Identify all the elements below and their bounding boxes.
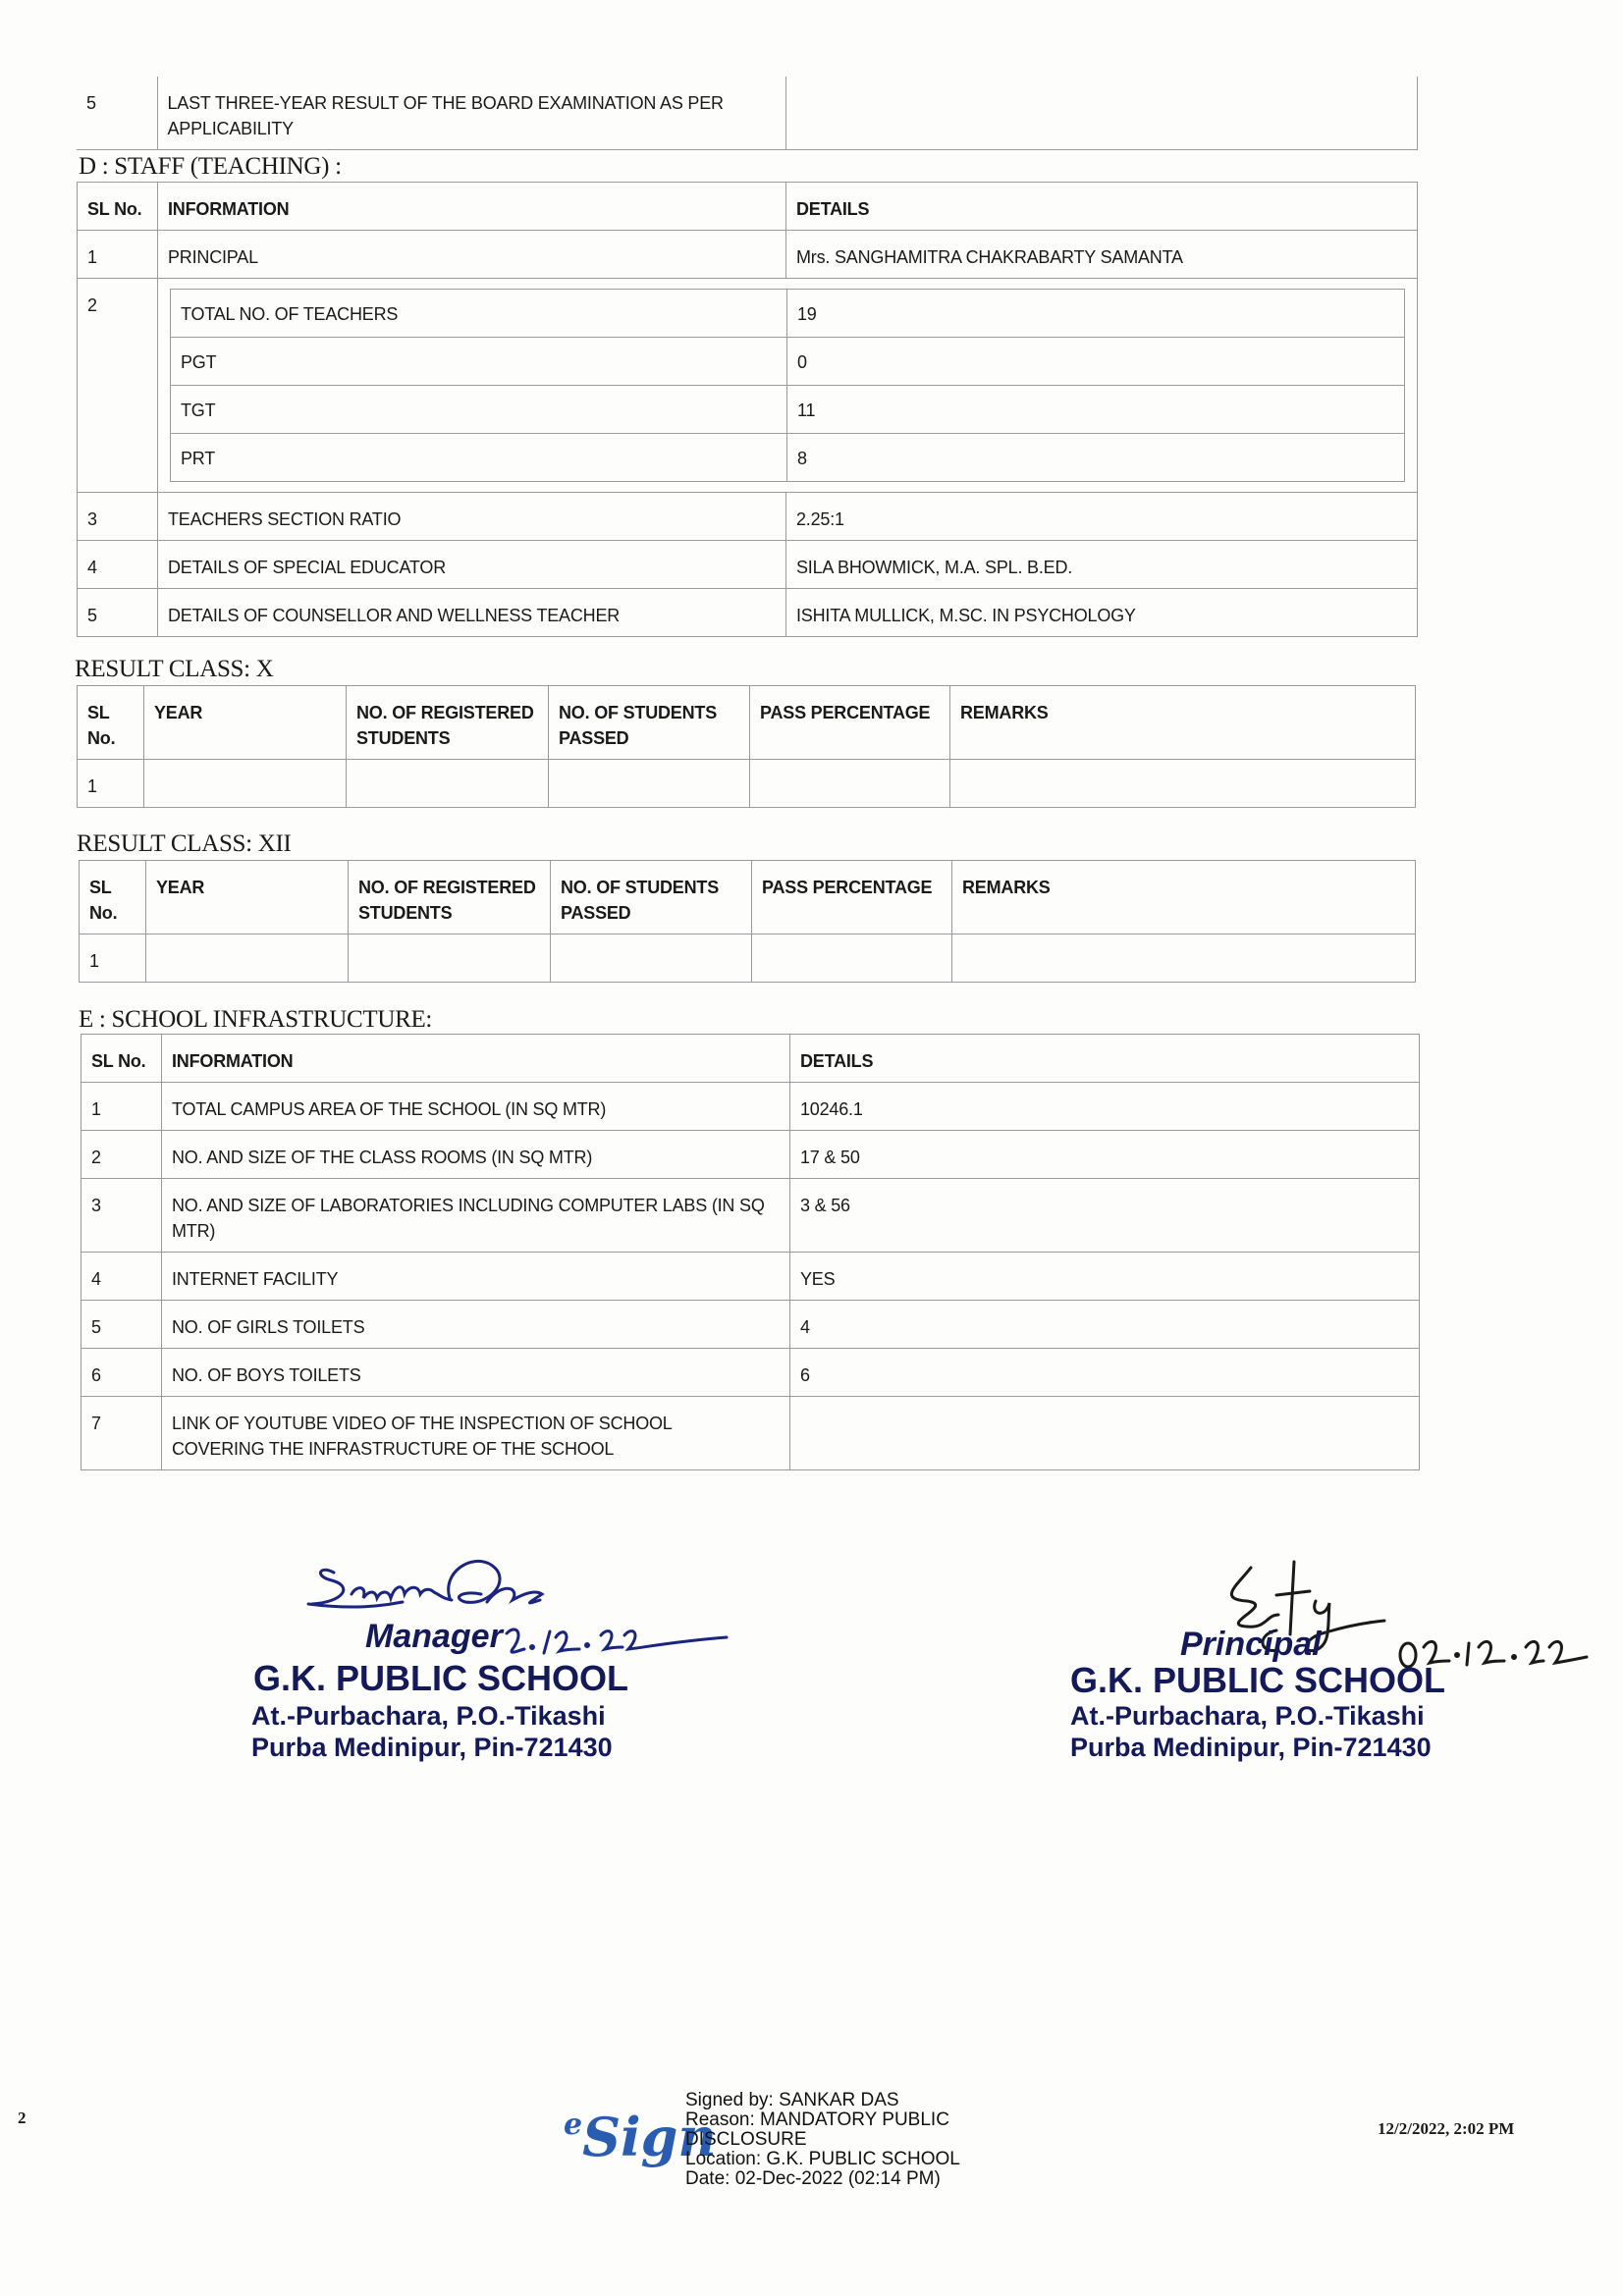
info-cell: PRT [171, 434, 787, 482]
details-cell: 8 [787, 434, 1405, 482]
table-row: 3 TEACHERS SECTION RATIO 2.25:1 [78, 493, 1418, 541]
esign-location: Location: G.K. PUBLIC SCHOOL [685, 2150, 960, 2169]
details-cell: SILA BHOWMICK, M.A. SPL. B.ED. [786, 541, 1418, 589]
table-row: 5 LAST THREE-YEAR RESULT OF THE BOARD EX… [77, 77, 1418, 150]
col-header: NO. OF REGISTERED STUDENTS [349, 861, 551, 934]
teachers-breakdown-table: TOTAL NO. OF TEACHERS 19 PGT 0 TGT 11 PR… [170, 289, 1405, 482]
sl-cell: 2 [78, 279, 158, 493]
details-cell [785, 77, 1418, 150]
sl-cell: 4 [78, 541, 158, 589]
col-header: YEAR [146, 861, 349, 934]
col-header: REMARKS [952, 861, 1416, 934]
info-cell: DETAILS OF COUNSELLOR AND WELLNESS TEACH… [158, 589, 786, 637]
details-cell [790, 1397, 1420, 1470]
table-row: 5 DETAILS OF COUNSELLOR AND WELLNESS TEA… [78, 589, 1418, 637]
table-row: 3 NO. AND SIZE OF LABORATORIES INCLUDING… [81, 1179, 1420, 1253]
sl-cell: 1 [80, 934, 146, 983]
print-timestamp: 12/2/2022, 2:02 PM [1378, 2119, 1514, 2139]
info-cell: LINK OF YOUTUBE VIDEO OF THE INSPECTION … [162, 1397, 790, 1470]
table-row: 1 [78, 760, 1416, 808]
info-cell: TEACHERS SECTION RATIO [158, 493, 786, 541]
table-row: 1 [80, 934, 1416, 983]
col-header: SL No. [81, 1035, 162, 1083]
table-row: 5 NO. OF GIRLS TOILETS 4 [81, 1301, 1420, 1349]
table-row: PRT 8 [171, 434, 1405, 482]
manager-role: Manager [365, 1618, 503, 1656]
sl-cell: 7 [81, 1397, 162, 1470]
sl-cell: 1 [78, 760, 144, 808]
info-cell: INTERNET FACILITY [162, 1253, 790, 1301]
table-header-row: SL No. INFORMATION DETAILS [78, 183, 1418, 231]
col-header: NO. OF REGISTERED STUDENTS [347, 686, 549, 760]
result-x-table: SL No. YEAR NO. OF REGISTERED STUDENTS N… [77, 685, 1416, 808]
details-cell: 6 [790, 1349, 1420, 1397]
details-cell: Mrs. SANGHAMITRA CHAKRABARTY SAMANTA [786, 231, 1418, 279]
info-cell: NO. OF GIRLS TOILETS [162, 1301, 790, 1349]
table-row: 4 INTERNET FACILITY YES [81, 1253, 1420, 1301]
esign-date: Date: 02-Dec-2022 (02:14 PM) [685, 2169, 960, 2189]
col-header: NO. OF STUDENTS PASSED [551, 861, 752, 934]
staff-table: SL No. INFORMATION DETAILS 1 PRINCIPAL M… [77, 182, 1418, 637]
sl-cell: 5 [77, 77, 157, 150]
esign-details: Signed by: SANKAR DAS Reason: MANDATORY … [685, 2091, 960, 2189]
col-header: PASS PERCENTAGE [750, 686, 950, 760]
details-cell: 4 [790, 1301, 1420, 1349]
manager-address-line1: At.-Purbachara, P.O.-Tikashi [251, 1700, 606, 1733]
page-number: 2 [18, 2109, 27, 2128]
remarks-cell [952, 934, 1416, 983]
info-cell: PGT [171, 338, 787, 386]
remarks-cell [950, 760, 1416, 808]
table-row: 4 DETAILS OF SPECIAL EDUCATOR SILA BHOWM… [78, 541, 1418, 589]
esign-reason-cont: DISCLOSURE [685, 2130, 960, 2150]
esign-logo-e: e [564, 2108, 582, 2142]
percentage-cell [750, 760, 950, 808]
col-header: REMARKS [950, 686, 1416, 760]
sl-cell: 4 [81, 1253, 162, 1301]
esign-reason: Reason: MANDATORY PUBLIC [685, 2110, 960, 2130]
col-header: INFORMATION [158, 183, 786, 231]
info-cell: LAST THREE-YEAR RESULT OF THE BOARD EXAM… [157, 77, 785, 150]
esign-signed-by: Signed by: SANKAR DAS [685, 2091, 960, 2110]
table-row: 1 TOTAL CAMPUS AREA OF THE SCHOOL (IN SQ… [81, 1083, 1420, 1131]
result-x-title: RESULT CLASS: X [75, 656, 274, 683]
col-header: SL No. [78, 183, 158, 231]
passed-cell [549, 760, 750, 808]
principal-address-line1: At.-Purbachara, P.O.-Tikashi [1070, 1700, 1425, 1733]
table-header-row: SL No. YEAR NO. OF REGISTERED STUDENTS N… [78, 686, 1416, 760]
manager-school-name: G.K. PUBLIC SCHOOL [253, 1659, 628, 1698]
details-cell: 3 & 56 [790, 1179, 1420, 1253]
info-cell: PRINCIPAL [158, 231, 786, 279]
info-cell: TOTAL CAMPUS AREA OF THE SCHOOL (IN SQ M… [162, 1083, 790, 1131]
sl-cell: 3 [78, 493, 158, 541]
details-cell: 0 [787, 338, 1405, 386]
details-cell: YES [790, 1253, 1420, 1301]
sl-cell: 1 [78, 231, 158, 279]
sl-cell: 6 [81, 1349, 162, 1397]
table-row: 1 PRINCIPAL Mrs. SANGHAMITRA CHAKRABARTY… [78, 231, 1418, 279]
principal-school-name: G.K. PUBLIC SCHOOL [1070, 1661, 1445, 1700]
top-continuation-table: 5 LAST THREE-YEAR RESULT OF THE BOARD EX… [77, 77, 1418, 150]
sl-cell: 1 [81, 1083, 162, 1131]
table-row: 7 LINK OF YOUTUBE VIDEO OF THE INSPECTIO… [81, 1397, 1420, 1470]
col-header: INFORMATION [162, 1035, 790, 1083]
col-header: SL No. [80, 861, 146, 934]
result-xii-title: RESULT CLASS: XII [77, 830, 292, 858]
percentage-cell [752, 934, 952, 983]
infra-section-title: E : SCHOOL INFRASTRUCTURE: [79, 1006, 432, 1034]
details-cell: 10246.1 [790, 1083, 1420, 1131]
table-row: 2 NO. AND SIZE OF THE CLASS ROOMS (IN SQ… [81, 1131, 1420, 1179]
table-row: 2 TOTAL NO. OF TEACHERS 19 PGT 0 TGT 11 … [78, 279, 1418, 493]
col-header: SL No. [78, 686, 144, 760]
principal-role: Principal [1180, 1626, 1322, 1664]
col-header: NO. OF STUDENTS PASSED [549, 686, 750, 760]
sl-cell: 5 [78, 589, 158, 637]
details-cell: 19 [787, 290, 1405, 338]
info-cell: NO. AND SIZE OF THE CLASS ROOMS (IN SQ M… [162, 1131, 790, 1179]
details-cell: 11 [787, 386, 1405, 434]
year-cell [144, 760, 347, 808]
year-cell [146, 934, 349, 983]
col-header: DETAILS [786, 183, 1418, 231]
details-cell: ISHITA MULLICK, M.SC. IN PSYCHOLOGY [786, 589, 1418, 637]
table-row: TGT 11 [171, 386, 1405, 434]
col-header: PASS PERCENTAGE [752, 861, 952, 934]
sl-cell: 2 [81, 1131, 162, 1179]
principal-address-line2: Purba Medinipur, Pin-721430 [1070, 1732, 1432, 1764]
table-row: PGT 0 [171, 338, 1405, 386]
infra-table: SL No. INFORMATION DETAILS 1 TOTAL CAMPU… [81, 1034, 1420, 1470]
staff-section-title: D : STAFF (TEACHING) : [79, 153, 342, 181]
sl-cell: 3 [81, 1179, 162, 1253]
col-header: YEAR [144, 686, 347, 760]
info-cell: NO. AND SIZE OF LABORATORIES INCLUDING C… [162, 1179, 790, 1253]
table-header-row: SL No. YEAR NO. OF REGISTERED STUDENTS N… [80, 861, 1416, 934]
table-row: TOTAL NO. OF TEACHERS 19 [171, 290, 1405, 338]
passed-cell [551, 934, 752, 983]
info-cell: TGT [171, 386, 787, 434]
info-cell: NO. OF BOYS TOILETS [162, 1349, 790, 1397]
manager-address-line2: Purba Medinipur, Pin-721430 [251, 1732, 613, 1764]
registered-cell [349, 934, 551, 983]
sl-cell: 5 [81, 1301, 162, 1349]
result-xii-table: SL No. YEAR NO. OF REGISTERED STUDENTS N… [79, 860, 1416, 983]
table-header-row: SL No. INFORMATION DETAILS [81, 1035, 1420, 1083]
table-row: 6 NO. OF BOYS TOILETS 6 [81, 1349, 1420, 1397]
details-cell: 17 & 50 [790, 1131, 1420, 1179]
registered-cell [347, 760, 549, 808]
info-cell: DETAILS OF SPECIAL EDUCATOR [158, 541, 786, 589]
col-header: DETAILS [790, 1035, 1420, 1083]
details-cell: 2.25:1 [786, 493, 1418, 541]
info-cell: TOTAL NO. OF TEACHERS [171, 290, 787, 338]
teachers-breakdown-cell: TOTAL NO. OF TEACHERS 19 PGT 0 TGT 11 PR… [158, 279, 1418, 493]
